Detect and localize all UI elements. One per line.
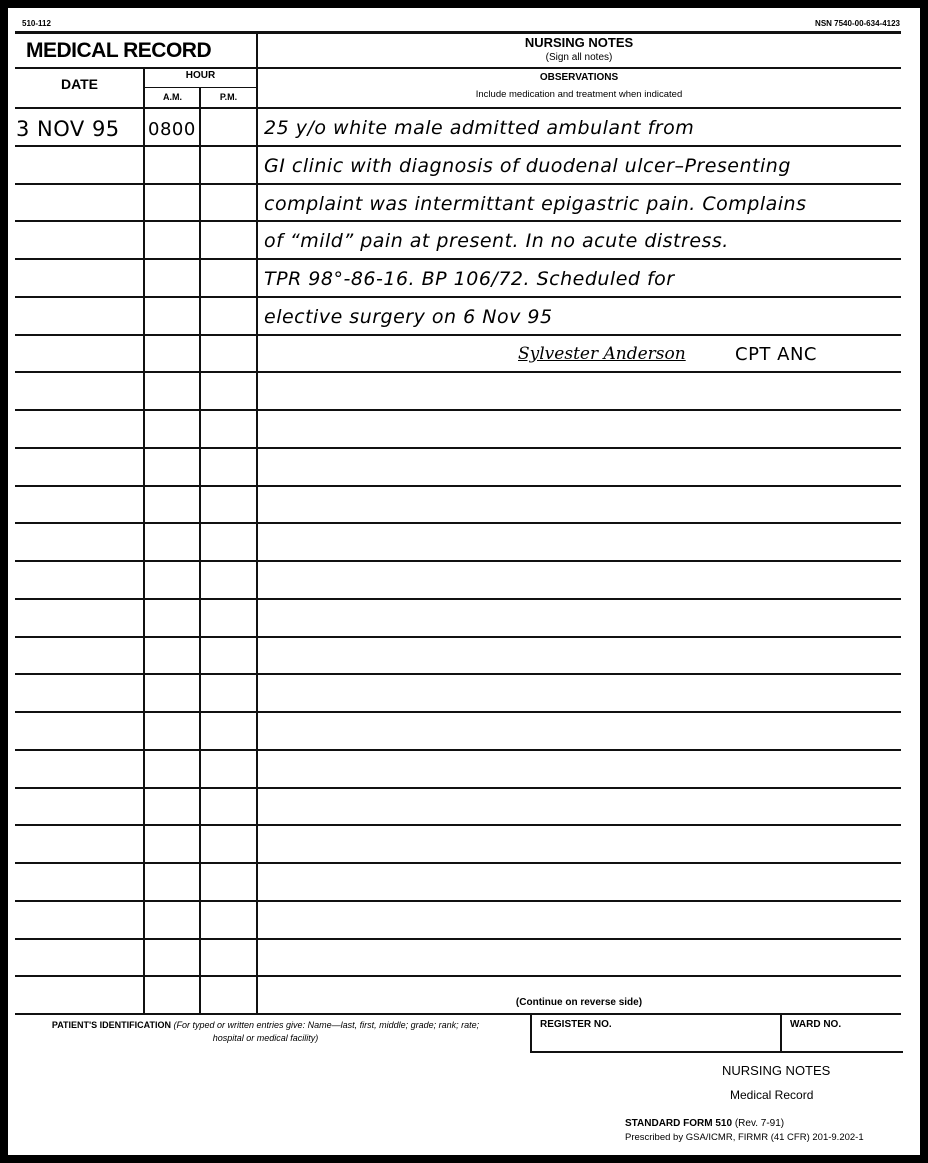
table-row: GI clinic with diagnosis of duodenal ulc… (8, 145, 920, 183)
footer-subtitle: Medical Record (730, 1088, 813, 1102)
row-rule (15, 749, 901, 751)
footer-form-number: STANDARD FORM 510 (625, 1118, 732, 1129)
form-title: MEDICAL RECORD (26, 39, 211, 63)
register-number-field[interactable] (532, 1020, 778, 1050)
row-rule (15, 711, 901, 713)
entry-note[interactable]: of “mild” pain at present. In no acute d… (264, 230, 729, 252)
signature-title: CPT ANC (735, 344, 817, 365)
nursing-notes-form: 510-112 NSN 7540-00-634-4123 MEDICAL REC… (8, 8, 920, 1155)
pm-column-header: P.M. (200, 92, 257, 102)
row-rule (15, 522, 901, 524)
patient-id-hint-1: (For typed or written entries give: Name… (174, 1020, 480, 1030)
row-rule (15, 900, 901, 902)
row-rule (15, 938, 901, 940)
row-rule (15, 447, 901, 449)
footer-revision: (Rev. 7-91) (735, 1118, 784, 1129)
row-rule (15, 975, 901, 977)
signature: Sylvester Anderson (518, 344, 686, 364)
entry-note[interactable]: complaint was intermittant epigastric pa… (264, 193, 807, 215)
patient-identification-field[interactable] (8, 1038, 523, 1078)
header-top-rule (15, 31, 901, 34)
observations-header: OBSERVATIONS (257, 72, 901, 83)
register-ward-divider (780, 1014, 782, 1051)
entry-note[interactable]: 25 y/o white male admitted ambulant from (264, 117, 694, 139)
section-subtitle: (Sign all notes) (257, 52, 901, 63)
section-title: NURSING NOTES (257, 35, 901, 50)
entry-note[interactable]: TPR 98°-86-16. BP 106/72. Scheduled for (264, 268, 675, 290)
footer-title: NURSING NOTES (722, 1063, 830, 1078)
date-column-header: DATE (15, 76, 144, 92)
hour-column-header: HOUR (144, 70, 257, 81)
continue-note: (Continue on reverse side) (257, 997, 901, 1008)
table-row: of “mild” pain at present. In no acute d… (8, 220, 920, 258)
row-rule (15, 673, 901, 675)
observations-hint: Include medication and treatment when in… (257, 89, 901, 100)
table-row: TPR 98°-86-16. BP 106/72. Scheduled for (8, 258, 920, 296)
row-rule (15, 560, 901, 562)
form-code: 510-112 (22, 19, 51, 28)
table-row: 3 NOV 95080025 y/o white male admitted a… (8, 107, 920, 145)
register-ward-box: REGISTER NO. WARD NO. (530, 1014, 903, 1053)
row-rule (15, 409, 901, 411)
row-rule (15, 787, 901, 789)
entry-date[interactable]: 3 NOV 95 (16, 117, 120, 141)
table-row: complaint was intermittant epigastric pa… (8, 183, 920, 221)
entry-am-hour[interactable]: 0800 (148, 119, 196, 140)
footer-form-line: STANDARD FORM 510 (Rev. 7-91) (625, 1118, 784, 1129)
row-rule (15, 862, 901, 864)
entry-note[interactable]: elective surgery on 6 Nov 95 (264, 306, 553, 328)
row-rule (15, 824, 901, 826)
table-row: elective surgery on 6 Nov 95 (8, 296, 920, 334)
footer-prescribed: Prescribed by GSA/ICMR, FIRMR (41 CFR) 2… (625, 1132, 864, 1143)
ward-number-field[interactable] (784, 1020, 902, 1050)
patient-id-label: PATIENT'S IDENTIFICATION (52, 1020, 171, 1030)
am-column-header: A.M. (145, 92, 200, 102)
entry-note[interactable]: GI clinic with diagnosis of duodenal ulc… (264, 155, 791, 177)
table-row: Sylvester AndersonCPT ANC (8, 334, 920, 372)
row-rule (15, 485, 901, 487)
row-rule (15, 636, 901, 638)
section-bottom-rule (257, 67, 901, 69)
nsn-number: NSN 7540-00-634-4123 (815, 19, 900, 28)
title-bottom-rule (15, 67, 257, 69)
row-rule (15, 598, 901, 600)
